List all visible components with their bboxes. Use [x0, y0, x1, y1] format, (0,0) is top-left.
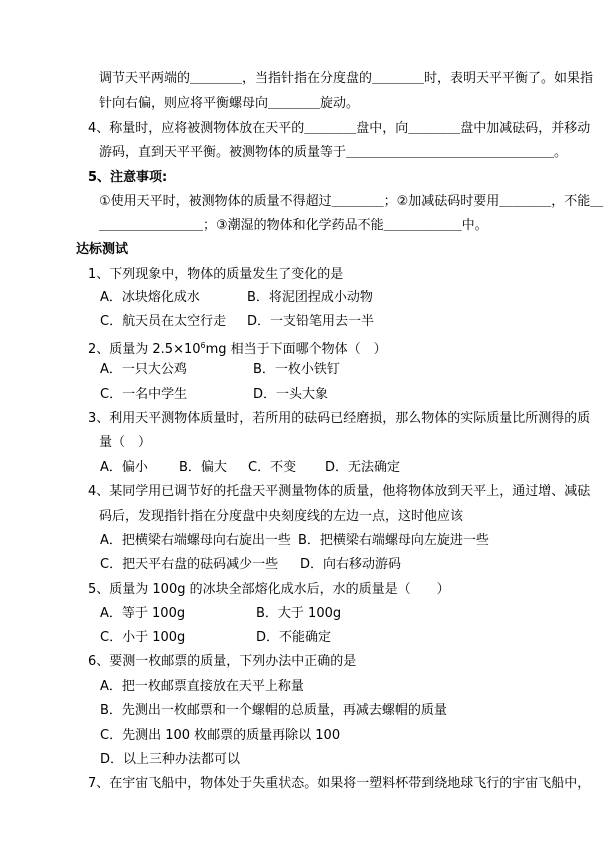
question-5-option-a: A．等于 100g: [100, 606, 185, 622]
question-6-option-d: D．以上三种办法都可以: [100, 752, 240, 768]
question-3-option-a: A．偏小: [100, 460, 148, 476]
question-4-stem-line1: 4、某同学用已调节好的托盘天平测量物体的质量，他将物体放到天平上，通过增、减砝: [88, 484, 590, 500]
question-1-option-b: B．将泥团捏成小动物: [247, 290, 373, 306]
item3-continuation-line1: 调节天平两端的＿＿＿＿，当指针指在分度盘的＿＿＿＿时，表明天平平衡了。如果指: [99, 71, 593, 87]
item4-line2: 游码，直到天平平衡。被测物体的质量等于＿＿＿＿＿＿＿＿＿＿＿＿＿＿＿＿。: [99, 145, 567, 161]
item4-line1: 4、称量时，应将被测物体放在天平的＿＿＿＿盘中，向＿＿＿＿盘中加减砝码，并移动: [88, 121, 590, 137]
question-6-stem: 6、要测一枚邮票的质量，下列办法中正确的是: [88, 654, 356, 670]
question-2-option-c: C．一名中学生: [100, 387, 187, 403]
item5-line1: ①使用天平时，被测物体的质量不得超过＿＿＿＿；②加减砝码时要用＿＿＿＿，不能＿: [99, 194, 603, 210]
question-7-stem: 7、在宇宙飞船中，物体处于失重状态。如果将一塑料杯带到绕地球飞行的宇宙飞船中，: [88, 776, 590, 792]
question-4-option-c: C．把天平右盘的砝码减少一些: [100, 557, 278, 573]
question-6-option-a: A．把一枚邮票直接放在天平上称量: [100, 679, 304, 695]
question-3-option-d: D．无法确定: [325, 460, 400, 476]
section-title: 达标测试: [76, 242, 128, 258]
question-5-option-c: C．小于 100g: [100, 630, 185, 646]
question-2-stem: 2、质量为 2.5×106mg 相当于下面哪个物体（ ）: [88, 338, 387, 354]
question-3-option-b: B．偏大: [179, 460, 227, 476]
question-4-option-a: A．把横梁右端螺母向右旋出一些: [100, 533, 291, 549]
question-5-option-d: D．不能确定: [256, 630, 331, 646]
item5-line2: ＿＿＿＿＿＿＿＿；③潮湿的物体和化学药品不能＿＿＿＿＿＿中。: [99, 218, 488, 234]
question-5-option-b: B．大于 100g: [256, 606, 341, 622]
question-2-stem-pre: 2、质量为 2.5×10: [88, 342, 201, 357]
question-5-stem: 5、质量为 100g 的冰块全部熔化成水后，水的质量是（ ）: [88, 582, 450, 598]
question-4-stem-line2: 码后，发现指针指在分度盘中央刻度线的左边一点，这时他应该: [99, 509, 463, 525]
question-2-stem-post: mg 相当于下面哪个物体（ ）: [206, 342, 387, 357]
question-6-option-c: C．先测出 100 枚邮票的质量再除以 100: [100, 728, 340, 744]
question-4-option-b: B．把横梁右端螺母向左旋进一些: [298, 533, 489, 549]
question-1-option-a: A．冰块熔化成水: [100, 290, 200, 306]
question-3-stem-line1: 3、利用天平测物体质量时，若所用的砝码已经磨损，那么物体的实际质量比所测得的质: [88, 411, 590, 427]
question-6-option-b: B．先测出一枚邮票和一个螺帽的总质量，再减去螺帽的质量: [100, 703, 447, 719]
question-3-option-c: C．不变: [248, 460, 296, 476]
question-2-option-a: A．一只大公鸡: [100, 362, 187, 378]
question-2-option-b: B．一枚小铁钉: [253, 362, 340, 378]
question-3-stem-line2: 量（ ）: [99, 435, 151, 451]
item3-continuation-line2: 针向右偏，则应将平衡螺母向＿＿＿＿旋动。: [99, 96, 359, 112]
question-4-option-d: D．向右移动游码: [300, 557, 401, 573]
question-1-option-c: C．航天员在太空行走: [100, 314, 226, 330]
question-2-option-d: D．一头大象: [253, 387, 328, 403]
question-1-option-d: D．一支铅笔用去一半: [247, 314, 374, 330]
item5-title: 5、注意事项:: [88, 170, 167, 186]
question-1-stem: 1、下列现象中，物体的质量发生了变化的是: [88, 267, 343, 283]
